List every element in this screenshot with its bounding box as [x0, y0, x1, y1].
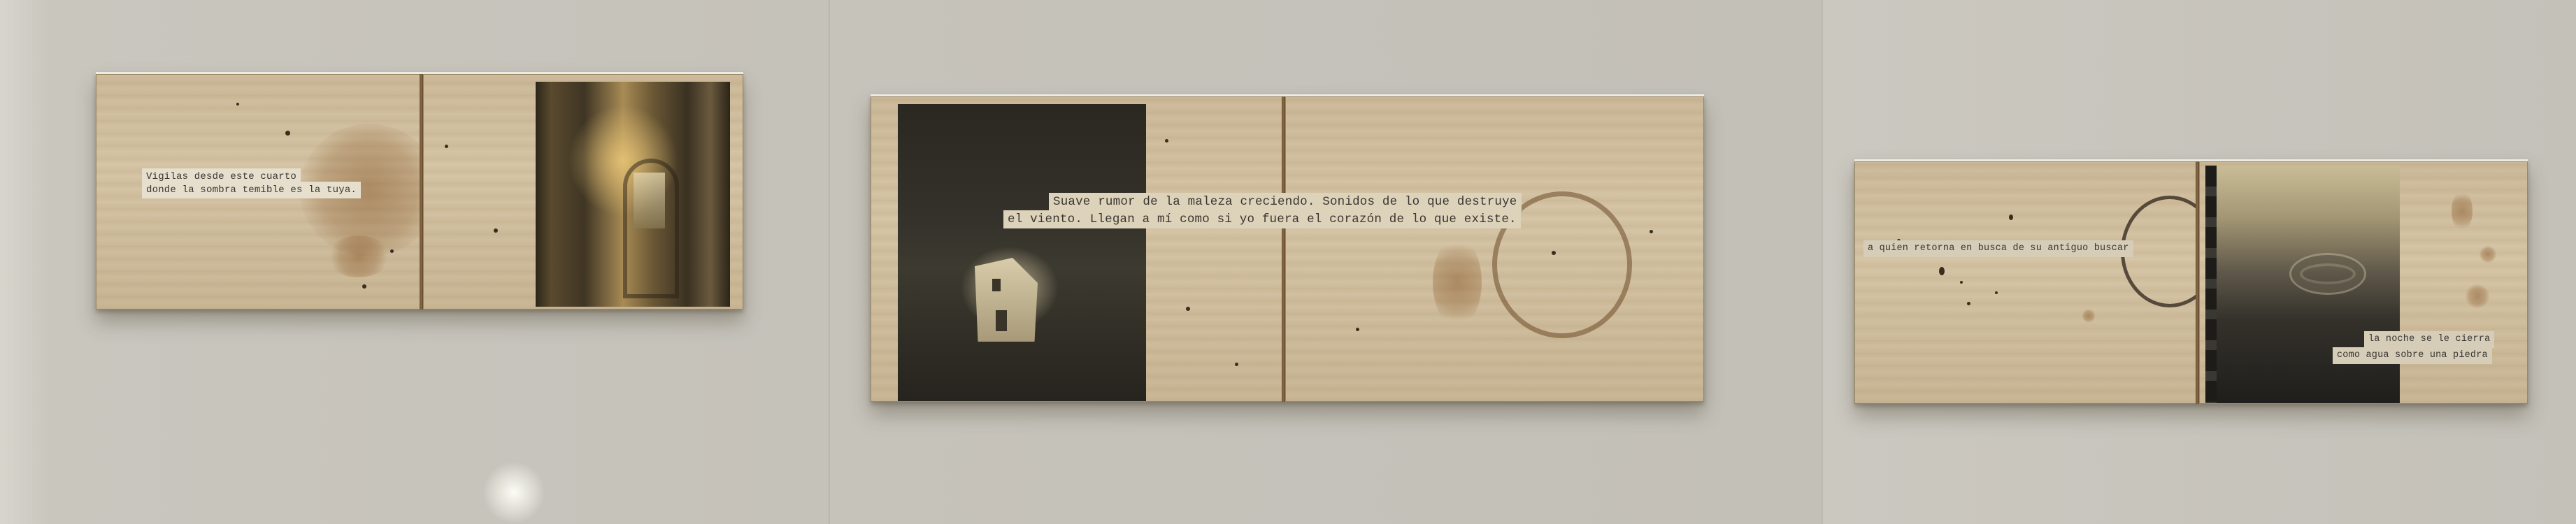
sepia-interior-doorway-photo: [536, 82, 730, 307]
coffee-drip-stain: [1433, 237, 1482, 328]
coffee-splash-stain-small: [327, 235, 390, 277]
book-3-right-page: la noche se le cierra como agua sobre un…: [2199, 161, 2528, 404]
house-door: [996, 310, 1007, 331]
poem-strip-line-2: donde la sombra temible es la tuya.: [142, 182, 361, 198]
book-3-left-page: a quien retorna en busca de su antiguo b…: [1854, 161, 2197, 404]
book-3: a quien retorna en busca de su antiguo b…: [1854, 159, 2528, 404]
book-2-left-page: [871, 96, 1283, 402]
poem-strip-line-1: Suave rumor de la maleza creciendo. Soni…: [1049, 193, 1522, 211]
poem-strip-line-1: la noche se le cierra: [2364, 331, 2494, 348]
book-2-right-page: [1285, 96, 1704, 402]
doorway-frame: [623, 159, 679, 298]
poem-strip-line-2: como agua sobre una piedra: [2333, 347, 2492, 364]
poem-strip-line-2: el viento. Llegan a mí como si yo fuera …: [1003, 210, 1521, 228]
ruined-house-forest-photo: [898, 104, 1146, 401]
drip-stain-top: [2452, 190, 2473, 232]
house-window: [992, 279, 1001, 291]
small-drip-stain: [2082, 309, 2095, 323]
film-sprocket-strip: [2205, 166, 2217, 403]
light-glare: [482, 461, 545, 524]
drip-stain-bottom: [2466, 284, 2489, 308]
poem-strip-line-1: a quien retorna en busca de su antiguo b…: [1863, 240, 2133, 257]
water-ripple: [2289, 253, 2366, 295]
book-2: Suave rumor de la maleza creciendo. Soni…: [871, 94, 1704, 402]
book-1: Vigilas desde este cuarto donde la sombr…: [96, 72, 743, 310]
book-1-right-page: [423, 74, 743, 310]
book-1-left-page: Vigilas desde este cuarto donde la sombr…: [96, 74, 421, 310]
water-ripple-film-photo: [2205, 166, 2400, 403]
drip-stain-right: [2480, 246, 2496, 263]
